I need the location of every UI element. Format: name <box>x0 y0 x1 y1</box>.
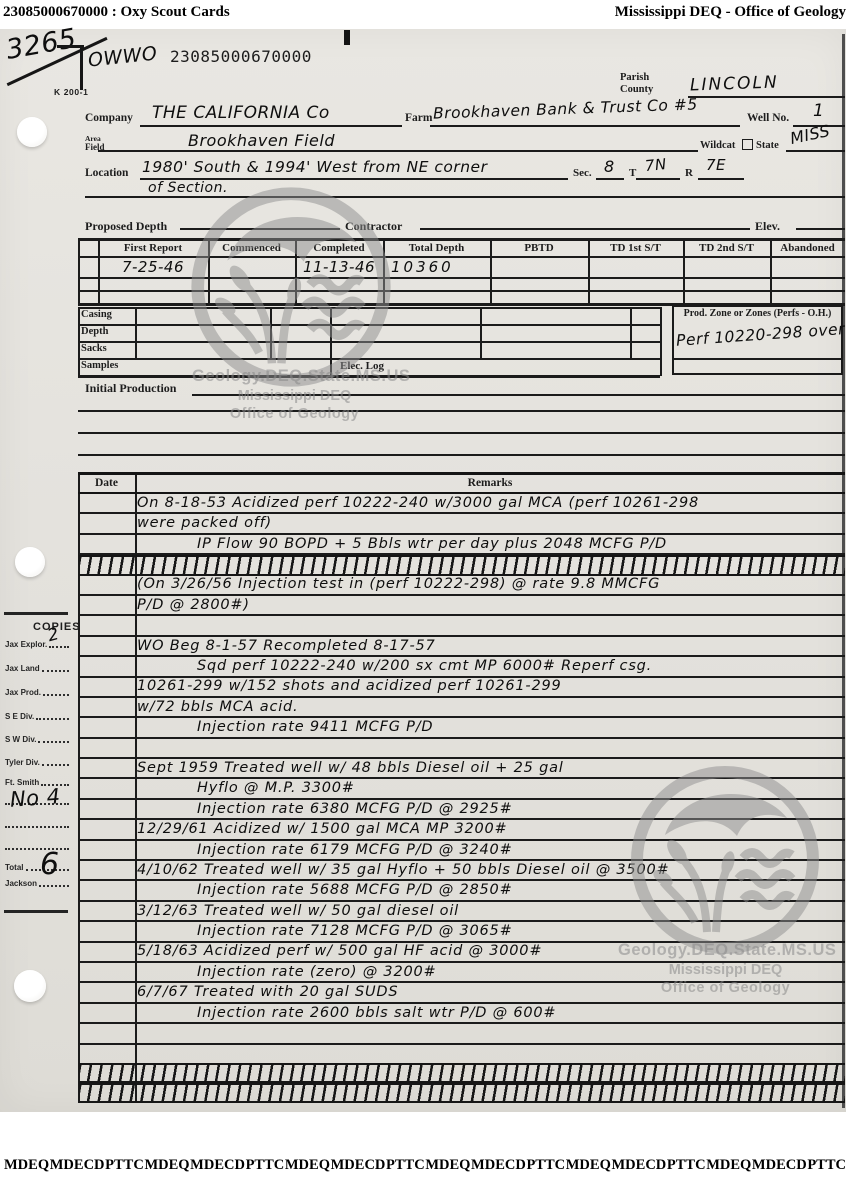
rule-line <box>78 324 660 326</box>
depth-row-label: Depth <box>81 327 108 338</box>
copies-item-label: Jax Explor. <box>5 641 47 649</box>
rule-line <box>78 454 845 456</box>
footer-org-token: MDEQ <box>566 1157 611 1174</box>
viewer-header-source: Mississippi DEQ - Office of Geology <box>615 4 846 21</box>
remark-row: Injection rate (zero) @ 3200# <box>79 963 845 983</box>
margin-divider <box>4 612 68 615</box>
remark-row: 5/18/63 Acidized perf w/ 500 gal HF acid… <box>79 943 845 963</box>
rule-line <box>420 228 750 230</box>
footer-org-token: MDECD <box>752 1157 807 1174</box>
rule-line <box>180 228 340 230</box>
remark-row: Injection rate 2600 bbls salt wtr P/D @ … <box>79 1004 845 1024</box>
footer-org-token: PTTC <box>386 1157 425 1174</box>
remark-row <box>79 1024 845 1044</box>
copies-item-label: Jackson <box>5 880 37 888</box>
rule-line <box>78 341 660 343</box>
grid-line <box>78 307 80 376</box>
remark-row: 12/29/61 Acidized w/ 1500 gal MCA MP 320… <box>79 820 845 840</box>
date-header: Date <box>78 478 135 490</box>
remark-row: Injection rate 6179 MCFG P/D @ 3240# <box>79 841 845 861</box>
remark-row: WO Beg 8-1-57 Recompleted 8-17-57 <box>79 637 845 657</box>
col-td-2nd: TD 2nd S/T <box>683 243 770 254</box>
copies-item-value: No 4 <box>9 786 61 810</box>
dotted-leader <box>49 646 69 648</box>
scout-card-page: 23085000670000 : Oxy Scout Cards Mississ… <box>0 0 850 1177</box>
rule-line <box>786 150 845 152</box>
grid-line <box>480 307 482 359</box>
rule-line <box>596 178 624 180</box>
proposed-depth-label: Proposed Depth <box>85 220 167 232</box>
rule-line <box>78 238 845 241</box>
sec-value: 8 <box>604 159 615 175</box>
rule-line <box>796 228 845 230</box>
remark-row <box>79 1045 845 1063</box>
grid-line <box>270 307 272 359</box>
margin-divider <box>4 910 68 913</box>
remark-row: On 8-18-53 Acidized perf 10222-240 w/300… <box>79 494 845 514</box>
copies-item-label: Total <box>5 864 24 872</box>
elev-label: Elev. <box>755 220 780 232</box>
copies-item-label: S E Div. <box>5 713 34 721</box>
remark-row: IP Flow 90 BOPD + 5 Bbls wtr per day plu… <box>79 535 845 555</box>
remark-row: 10261-299 w/152 shots and acidized perf … <box>79 678 845 698</box>
contractor-label: Contractor <box>345 220 402 232</box>
col-td-1st: TD 1st S/T <box>588 243 683 254</box>
initial-production-label: Initial Production <box>85 382 176 394</box>
rule-line <box>78 410 845 412</box>
footer-org-token: MDECD <box>471 1157 526 1174</box>
remark-text: IP Flow 90 BOPD + 5 Bbls wtr per day plu… <box>79 537 667 554</box>
remark-text: 3/12/63 Treated well w/ 50 gal diesel oi… <box>79 904 459 921</box>
dotted-leader <box>39 885 69 887</box>
viewer-header-title: 23085000670000 : Oxy Scout Cards <box>3 4 230 21</box>
remark-text: WO Beg 8-1-57 Recompleted 8-17-57 <box>79 639 436 656</box>
hole-punch <box>15 547 45 577</box>
form-number: K 200-1 <box>54 88 88 97</box>
remark-text: (On 3/26/56 Injection test in (perf 1022… <box>79 577 660 594</box>
samples-row-label: Samples <box>81 361 118 372</box>
footer-org-token: MDEQ <box>144 1157 189 1174</box>
remark-text: Sqd perf 10222-240 w/200 sx cmt MP 6000#… <box>79 659 652 676</box>
rule-line <box>78 290 845 292</box>
footer-org-token: MDECD <box>611 1157 666 1174</box>
remark-text: Injection rate (zero) @ 3200# <box>79 965 436 982</box>
remark-text: Injection rate 9411 MCFG P/D <box>79 720 433 737</box>
scan-artifact <box>344 30 350 45</box>
remark-text: Sept 1959 Treated well w/ 48 bbls Diesel… <box>79 761 564 778</box>
rule-line <box>78 256 845 258</box>
scribble-stroke <box>57 45 84 48</box>
location-value-2: of Section. <box>148 181 228 195</box>
hatch-band <box>79 1083 845 1103</box>
footer-org-token: PTTC <box>246 1157 285 1174</box>
footer-org-token: MDECD <box>190 1157 245 1174</box>
col-pbtd: PBTD <box>490 243 588 254</box>
sec-label: Sec. <box>573 168 592 179</box>
range-label: R <box>685 168 693 179</box>
remark-text: 12/29/61 Acidized w/ 1500 gal MCA MP 320… <box>79 822 508 839</box>
footer-org-token: MDEQ <box>4 1157 49 1174</box>
hole-punch <box>17 117 47 147</box>
col-commenced: Commenced <box>208 243 295 254</box>
state-label: State <box>756 141 779 152</box>
range-value: 7E <box>706 158 726 173</box>
township-label: T <box>629 168 636 179</box>
rule-line <box>430 125 740 127</box>
rule-line <box>698 178 744 180</box>
rule-line <box>85 196 845 198</box>
copies-item-label: S W Div. <box>5 736 36 744</box>
location-value: 1980' South & 1994' West from NE corner <box>142 160 487 176</box>
rule-line <box>192 394 845 396</box>
completed-value: 11-13-46 <box>295 260 383 275</box>
copies-item-label: Tyler Div. <box>5 759 40 767</box>
copies-item: Tyler Div. <box>5 759 69 767</box>
col-first-report: First Report <box>98 243 208 254</box>
scribble-stroke <box>80 46 83 90</box>
remark-text: Injection rate 6380 MCFG P/D @ 2925# <box>79 802 513 819</box>
copies-item: Jax Land <box>5 665 69 673</box>
hatch-band <box>79 1063 845 1083</box>
copies-item: S E Div. <box>5 713 69 721</box>
total-depth-value: 10360 <box>391 260 454 275</box>
dotted-leader <box>43 694 69 696</box>
sacks-row-label: Sacks <box>81 344 107 355</box>
footer-org-token: MDEQ <box>285 1157 330 1174</box>
copies-item <box>5 826 69 829</box>
field-value: Brookhaven Field <box>188 133 335 149</box>
copies-item: S W Div. <box>5 736 69 744</box>
remark-text: 6/7/67 Treated with 20 gal SUDS <box>79 985 398 1002</box>
rule-line <box>78 307 660 309</box>
elec-log-label: Elec. Log <box>340 361 384 372</box>
well-no-label: Well No. <box>747 113 789 125</box>
remark-row <box>79 616 845 636</box>
rule-line <box>140 125 402 127</box>
county-value: LINCOLN <box>690 74 779 94</box>
remark-row: Sept 1959 Treated well w/ 48 bbls Diesel… <box>79 759 845 779</box>
rule-line <box>688 96 845 98</box>
remarks-header: Remarks <box>135 478 845 490</box>
company-label: Company <box>85 113 133 125</box>
col-total-depth: Total Depth <box>383 243 490 254</box>
remark-row: were packed off) <box>79 514 845 534</box>
remark-text: 4/10/62 Treated well w/ 35 gal Hyflo + 5… <box>79 863 669 880</box>
prod-zone-label: Prod. Zone or Zones (Perfs - O.H.) <box>672 309 843 319</box>
remark-row: P/D @ 2800#) <box>79 596 845 616</box>
grid-line <box>330 307 332 376</box>
col-abandoned: Abandoned <box>770 243 845 254</box>
remark-text: Injection rate 6179 MCFG P/D @ 3240# <box>79 843 513 860</box>
grid-line <box>660 307 662 376</box>
hole-punch <box>14 970 46 1002</box>
footer-org-token: PTTC <box>526 1157 565 1174</box>
well-no-value: 1 <box>813 103 824 120</box>
location-label: Location <box>85 168 128 180</box>
remark-row: (On 3/26/56 Injection test in (perf 1022… <box>79 576 845 596</box>
remark-text: w/72 bbls MCA acid. <box>79 700 298 717</box>
api-number: 23085000670000 <box>170 49 312 65</box>
rule-line <box>78 375 660 378</box>
remark-text: were packed off) <box>79 516 272 533</box>
remark-text: 10261-299 w/152 shots and acidized perf … <box>79 679 562 696</box>
company-value: THE CALIFORNIA Co <box>152 105 330 122</box>
footer-org-token: PTTC <box>667 1157 706 1174</box>
remarks-rows: On 8-18-53 Acidized perf 10222-240 w/300… <box>79 494 845 1103</box>
casing-row-label: Casing <box>81 310 112 321</box>
remark-row: Sqd perf 10222-240 w/200 sx cmt MP 6000#… <box>79 657 845 677</box>
rule-line <box>78 277 845 279</box>
footer-org-token: MDECD <box>331 1157 386 1174</box>
remark-text: P/D @ 2800#) <box>79 598 250 615</box>
dotted-leader <box>36 718 69 720</box>
remark-row: Injection rate 7128 MCFG P/D @ 3065# <box>79 922 845 942</box>
footer-org-token: PTTC <box>105 1157 144 1174</box>
hatch-band <box>79 555 845 575</box>
township-value: 7N <box>644 157 667 174</box>
remark-text: Injection rate 5688 MCFG P/D @ 2850# <box>79 883 513 900</box>
dotted-leader <box>5 826 69 828</box>
footer-org-token: MDEQ <box>425 1157 470 1174</box>
copies-item-value: 6 <box>40 850 60 880</box>
remark-row: Hyflo @ M.P. 3300# <box>79 779 845 799</box>
remark-text: Injection rate 2600 bbls salt wtr P/D @ … <box>79 1006 556 1023</box>
dotted-leader <box>42 670 69 672</box>
grid-line <box>135 307 137 359</box>
remark-row: 6/7/67 Treated with 20 gal SUDS <box>79 983 845 1003</box>
remark-row: Injection rate 6380 MCFG P/D @ 2925# <box>79 800 845 820</box>
footer-org-token: MDECD <box>50 1157 105 1174</box>
footer-org-token: MDEQ <box>706 1157 751 1174</box>
remark-row: w/72 bbls MCA acid. <box>79 698 845 718</box>
copies-item-label: Jax Prod. <box>5 689 41 697</box>
remark-text: Hyflo @ M.P. 3300# <box>79 781 355 798</box>
county-label: County <box>620 85 653 96</box>
wildcat-checkbox <box>742 139 753 150</box>
farm-label: Farm <box>405 113 432 125</box>
rule-line <box>636 178 680 180</box>
grid-line <box>78 238 80 304</box>
rule-line <box>78 432 845 434</box>
remark-row: 3/12/63 Treated well w/ 50 gal diesel oi… <box>79 902 845 922</box>
col-completed: Completed <box>295 243 383 254</box>
rule-line <box>98 150 698 152</box>
copies-item-label: Jax Land <box>5 665 40 673</box>
footer-org-token: PTTC <box>807 1157 846 1174</box>
grid-line <box>630 307 632 359</box>
copies-item: Jax Prod. <box>5 689 69 697</box>
wildcat-label: Wildcat <box>700 141 735 152</box>
remark-text: On 8-18-53 Acidized perf 10222-240 w/300… <box>79 496 699 513</box>
dotted-leader <box>42 764 69 766</box>
remark-row: 4/10/62 Treated well w/ 35 gal Hyflo + 5… <box>79 861 845 881</box>
remark-row: Injection rate 5688 MCFG P/D @ 2850# <box>79 881 845 901</box>
parish-label: Parish <box>620 73 649 84</box>
remark-text: 5/18/63 Acidized perf w/ 500 gal HF acid… <box>79 944 542 961</box>
remark-row <box>79 739 845 759</box>
remark-row: Injection rate 9411 MCFG P/D <box>79 718 845 738</box>
dotted-leader <box>38 741 69 743</box>
first-report-value: 7-25-46 <box>98 260 208 275</box>
viewer-footer: MDEQMDECDPTTCMDEQMDECDPTTCMDEQMDECDPTTCM… <box>0 1153 850 1177</box>
field-label: Field <box>85 143 105 152</box>
remark-text: Injection rate 7128 MCFG P/D @ 3065# <box>79 924 513 941</box>
